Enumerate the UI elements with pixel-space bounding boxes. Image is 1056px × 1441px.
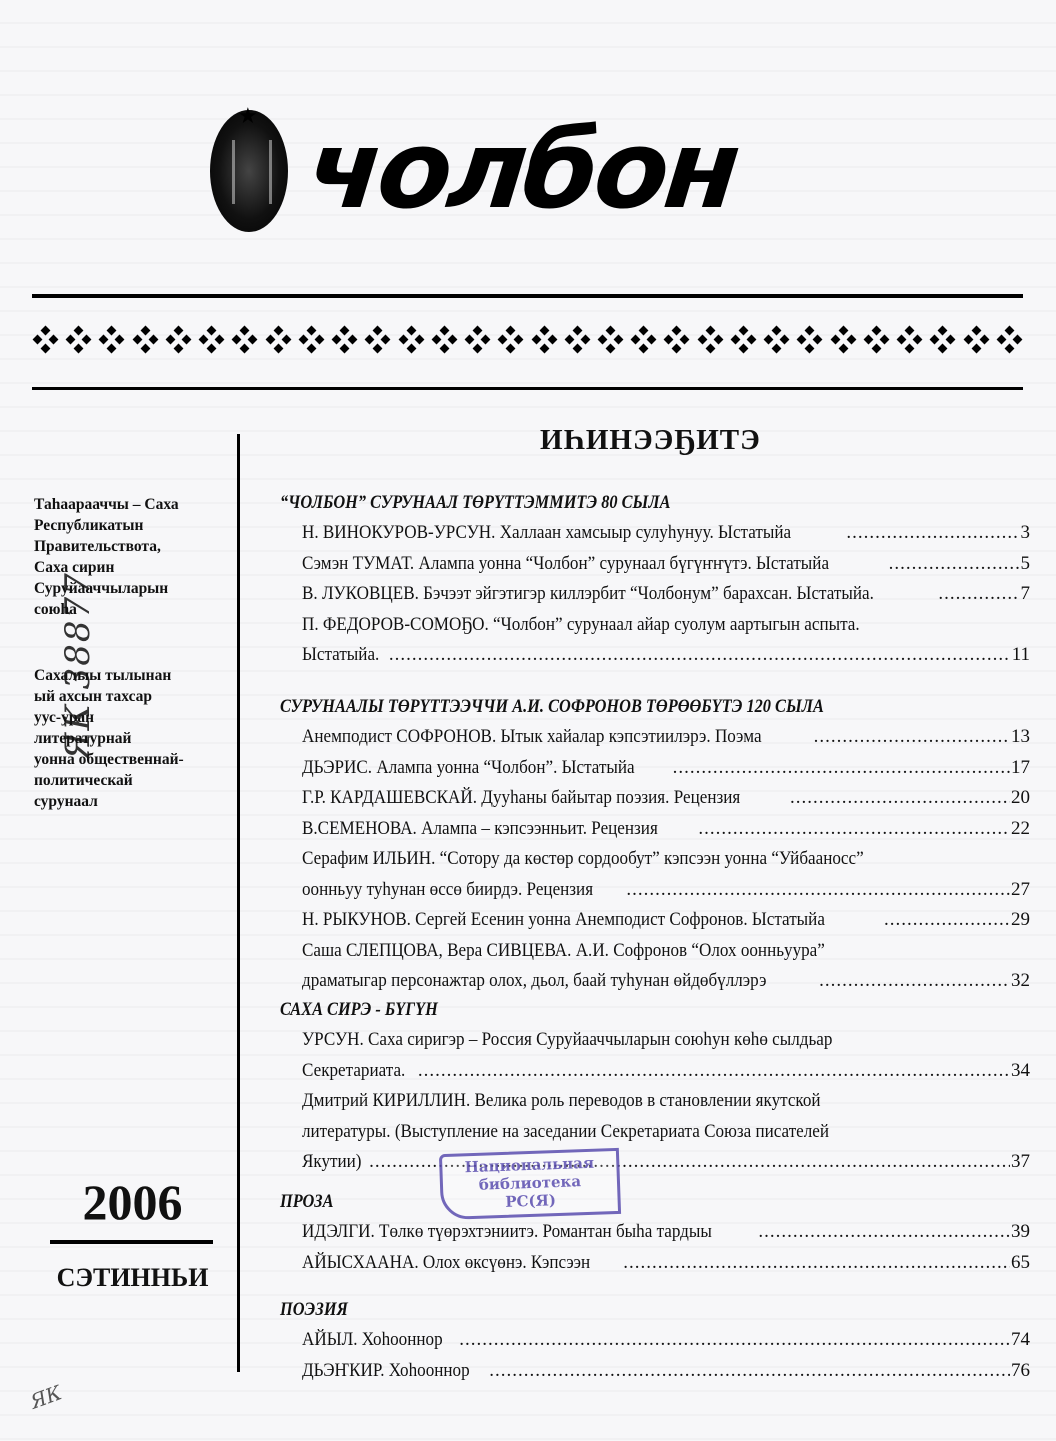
- entry-title: Сэмэн ТУМАТ. Алампа уонна “Чолбон” сурун…: [302, 549, 829, 580]
- dot-leader: [814, 722, 1010, 753]
- section-heading: САХА СИРЭ - БҮГҮН: [280, 995, 925, 1025]
- dot-leader: [673, 753, 1010, 784]
- publisher-line: союhа: [34, 599, 219, 620]
- diamond-cluster-icon: [398, 326, 425, 353]
- entry-title: Ыстатыйа.: [302, 640, 379, 671]
- diamond-cluster-icon: [963, 326, 990, 353]
- diamond-cluster-icon: [231, 326, 258, 353]
- toc-entry[interactable]: АЙЫЛ. Хоhооннор74: [280, 1325, 1030, 1356]
- entry-title: драматыгар персонажтар олох, дьол, баай …: [302, 966, 766, 997]
- section-heading: “ЧОЛБОН” СУРУНААЛ ТӨРҮТТЭММИТЭ 80 СЫЛА: [280, 488, 925, 518]
- entry-title: УРСУН. Саха сиригэр – Россия Суруйааччыл…: [302, 1025, 957, 1056]
- toc-section: СУРУНААЛЫ ТӨРҮТТЭЭЧЧИ А.И. СОФРОНОВ ТӨРӨ…: [280, 692, 1030, 997]
- toc-entry[interactable]: Г.Р. КАРДАШЕВСКАЙ. Дууhаны байытар поэзи…: [280, 783, 1030, 814]
- publisher-info: Таhаарааччы – СахаРеспубликатынПравитель…: [34, 494, 219, 620]
- entry-title: АЙЫЛ. Хоhооннор: [302, 1325, 443, 1356]
- diamond-cluster-icon: [331, 326, 358, 353]
- page-number: 39: [1011, 1217, 1030, 1248]
- toc-entry[interactable]: Дмитрий КИРИЛЛИН. Велика роль переводов …: [280, 1086, 1030, 1178]
- diamond-cluster-icon: [863, 326, 890, 353]
- toc-entry[interactable]: В.СЕМЕНОВА. Алампа – кэпсээнньит. Реценз…: [280, 814, 1030, 845]
- diamond-cluster-icon: [830, 326, 857, 353]
- page-number: 17: [1011, 753, 1030, 784]
- description-line: ый ахсын тахсар: [34, 686, 219, 707]
- description-line: уонна общественнай-: [34, 749, 219, 770]
- diamond-cluster-icon: [431, 326, 458, 353]
- masthead: чолбон: [200, 96, 760, 246]
- entry-title: Дмитрий КИРИЛЛИН. Велика роль переводов …: [302, 1086, 957, 1117]
- diamond-cluster-icon: [364, 326, 391, 353]
- publisher-line: Республикатын: [34, 515, 219, 536]
- description-line: уус-уран: [34, 707, 219, 728]
- diamond-cluster-icon: [597, 326, 624, 353]
- page-number: 13: [1011, 722, 1030, 753]
- entry-title: Г.Р. КАРДАШЕВСКАЙ. Дууhаны байытар поэзи…: [302, 783, 740, 814]
- description-line: литературнай: [34, 728, 219, 749]
- toc-entry[interactable]: П. ФЕДОРОВ-СОМОҔО. “Чолбон” сурунаал айа…: [280, 610, 1030, 671]
- entry-title: Серафим ИЛЬИН. “Сотору да көстөр сордооб…: [302, 844, 957, 875]
- diamond-cluster-icon: [996, 326, 1023, 353]
- page-number: 74: [1011, 1325, 1030, 1356]
- publisher-line: Саха сирин: [34, 557, 219, 578]
- publisher-line: Таhаарааччы – Саха: [34, 494, 219, 515]
- diamond-cluster-icon: [763, 326, 790, 353]
- page-number: 32: [1011, 966, 1030, 997]
- toc-entry[interactable]: Н. РЫКУНОВ. Сергей Есенин уонна Анемподи…: [280, 905, 1030, 936]
- section-heading: СУРУНААЛЫ ТӨРҮТТЭЭЧЧИ А.И. СОФРОНОВ ТӨРӨ…: [280, 692, 925, 722]
- toc-entry[interactable]: Анемподист СОФРОНОВ. Ытык хайалар кэпсэт…: [280, 722, 1030, 753]
- page-number: 7: [1021, 579, 1031, 610]
- diamond-cluster-icon: [630, 326, 657, 353]
- publisher-line: Суруйааччыларын: [34, 578, 219, 599]
- diamond-cluster-icon: [32, 326, 59, 353]
- entry-title: П. ФЕДОРОВ-СОМОҔО. “Чолбон” сурунаал айа…: [302, 610, 957, 641]
- page-number: 76: [1011, 1356, 1030, 1387]
- dot-leader: [938, 579, 1019, 610]
- bottom-rule: [32, 387, 1023, 390]
- diamond-cluster-icon: [265, 326, 292, 353]
- toc-section: ПОЭЗИЯАЙЫЛ. Хоhооннор74ДЬЭҤКИР. Хоhоонно…: [280, 1295, 1030, 1386]
- page-number: 29: [1011, 905, 1030, 936]
- toc-entry[interactable]: Сэмэн ТУМАТ. Алампа уонна “Чолбон” сурун…: [280, 549, 1030, 580]
- diamond-cluster-icon: [165, 326, 192, 353]
- publisher-line: Правительствота,: [34, 536, 219, 557]
- dot-leader: [389, 640, 1011, 671]
- top-rule: [32, 294, 1023, 298]
- entry-title: Анемподист СОФРОНОВ. Ытык хайалар кэпсэт…: [302, 722, 762, 753]
- diamond-cluster-icon: [929, 326, 956, 353]
- diamond-cluster-icon: [65, 326, 92, 353]
- dot-leader: [819, 966, 1010, 997]
- page-number: 65: [1011, 1248, 1030, 1279]
- entry-title: В. ЛУКОВЦЕВ. Бэчээт эйгэтигэр киллэрбит …: [302, 579, 874, 610]
- library-stamp: НациональнаябиблиотекаРС(Я): [439, 1148, 621, 1220]
- page-number: 20: [1011, 783, 1030, 814]
- handwritten-initials: ЯК: [27, 1380, 65, 1413]
- page-number: 11: [1012, 640, 1030, 671]
- page-number: 37: [1011, 1147, 1030, 1178]
- description-line: сурунаал: [34, 791, 219, 812]
- entry-title: Секретариата.: [302, 1056, 405, 1087]
- diamond-cluster-icon: [198, 326, 225, 353]
- dot-leader: [418, 1056, 1010, 1087]
- dot-leader: [846, 518, 1019, 549]
- toc-entry[interactable]: АЙЫСХААНА. Олох өксүөнэ. Кэпсээн65: [280, 1248, 1030, 1279]
- entry-title: Якутии): [302, 1147, 361, 1178]
- dot-leader: [459, 1325, 1010, 1356]
- toc-entry[interactable]: Н. ВИНОКУРОВ-УРСУН. Халлаан хамсыыр сулу…: [280, 518, 1030, 549]
- dot-leader: [623, 1248, 1010, 1279]
- dot-leader: [790, 783, 1010, 814]
- diamond-cluster-icon: [98, 326, 125, 353]
- dot-leader: [698, 814, 1010, 845]
- dot-leader: [889, 549, 1020, 580]
- toc-entry[interactable]: В. ЛУКОВЦЕВ. Бэчээт эйгэтигэр киллэрбит …: [280, 579, 1030, 610]
- entry-title: ДЬЭРИС. Алампа уонна “Чолбон”. Ыстатыйа: [302, 753, 635, 784]
- page-number: 3: [1021, 518, 1031, 549]
- page-number: 27: [1011, 875, 1030, 906]
- toc-section: САХА СИРЭ - БҮГҮНУРСУН. Саха сиригэр – Р…: [280, 995, 1030, 1178]
- toc-entry[interactable]: УРСУН. Саха сиригэр – Россия Суруйааччыл…: [280, 1025, 1030, 1086]
- entry-title: В.СЕМЕНОВА. Алампа – кэпсээнньит. Реценз…: [302, 814, 658, 845]
- diamond-cluster-icon: [896, 326, 923, 353]
- toc-entry[interactable]: Серафим ИЛЬИН. “Сотору да көстөр сордооб…: [280, 844, 1030, 905]
- description-line: политическай: [34, 770, 219, 791]
- dot-leader: [758, 1217, 1010, 1248]
- dot-leader: [626, 875, 1010, 906]
- page-number: 5: [1021, 549, 1031, 580]
- dot-leader: [489, 1356, 1010, 1387]
- diamond-cluster-icon: [497, 326, 524, 353]
- toc-section: “ЧОЛБОН” СУРУНААЛ ТӨРҮТТЭММИТЭ 80 СЫЛАН.…: [280, 488, 1030, 671]
- section-heading: ПОЭЗИЯ: [280, 1295, 925, 1325]
- toc-entry[interactable]: ДЬЭҤКИР. Хоhооннор76: [280, 1356, 1030, 1387]
- entry-title: АЙЫСХААНА. Олох өксүөнэ. Кэпсээн: [302, 1248, 590, 1279]
- entry-title: Н. РЫКУНОВ. Сергей Есенин уонна Анемподи…: [302, 905, 825, 936]
- entry-title: ИДЭЛГИ. Төлкө түөрэхтэниитэ. Романтан бы…: [302, 1217, 712, 1248]
- toc-entry[interactable]: Саша СЛЕПЦОВА, Вера СИВЦЕВА. А.И. Софрон…: [280, 936, 1030, 997]
- entry-title: Саша СЛЕПЦОВА, Вера СИВЦЕВА. А.И. Софрон…: [302, 936, 957, 967]
- diamond-cluster-icon: [796, 326, 823, 353]
- toc-entry[interactable]: ДЬЭРИС. Алампа уонна “Чолбон”. Ыстатыйа1…: [280, 753, 1030, 784]
- toc-title: ИҺИНЭЭҔИТЭ: [540, 424, 761, 457]
- entry-title: оонньуу туhунан өссө биирдэ. Рецензия: [302, 875, 593, 906]
- toc-section: ПРОЗАИДЭЛГИ. Төлкө түөрэхтэниитэ. Романт…: [280, 1187, 1030, 1278]
- issue-month: СЭТИННЬИ: [50, 1262, 215, 1294]
- diamond-cluster-icon: [531, 326, 558, 353]
- issue-year: 2006: [50, 1172, 215, 1232]
- diamond-cluster-icon: [663, 326, 690, 353]
- toc-entry[interactable]: ИДЭЛГИ. Төлкө түөрэхтэниитэ. Романтан бы…: [280, 1217, 1030, 1248]
- diamond-cluster-icon: [730, 326, 757, 353]
- diamond-cluster-icon: [464, 326, 491, 353]
- state-emblem-icon: [210, 110, 288, 232]
- entry-title: Н. ВИНОКУРОВ-УРСУН. Халлаан хамсыыр сулу…: [302, 518, 791, 549]
- ornament-band: [32, 326, 1023, 356]
- page-number: 22: [1011, 814, 1030, 845]
- year-rule: [50, 1240, 213, 1244]
- page-number: 34: [1011, 1056, 1030, 1087]
- dot-leader: [884, 905, 1010, 936]
- description-line: Сахалыы тылынан: [34, 665, 219, 686]
- magazine-description: Сахалыы тылынаный ахсын тахсаруус-уранли…: [34, 665, 219, 812]
- diamond-cluster-icon: [697, 326, 724, 353]
- entry-title: ДЬЭҤКИР. Хоhооннор: [302, 1356, 470, 1387]
- magazine-logo: чолбон: [300, 96, 743, 246]
- diamond-cluster-icon: [298, 326, 325, 353]
- entry-title: литературы. (Выступление на заседании Се…: [302, 1117, 957, 1148]
- diamond-cluster-icon: [564, 326, 591, 353]
- diamond-cluster-icon: [132, 326, 159, 353]
- column-divider: [237, 434, 240, 1372]
